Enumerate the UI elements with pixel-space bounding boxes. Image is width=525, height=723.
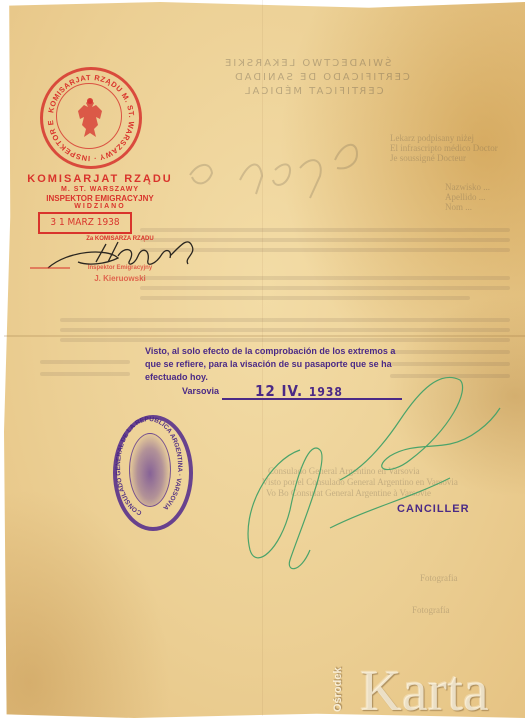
faint-consular-line: Visto por el Consulado General Argentino… <box>262 477 458 487</box>
header-mirrored-line-2: CERTIFICADO DE SANIDAD <box>233 72 410 83</box>
signature-caption-mid: Inspektor Emigracyjny <box>60 265 180 271</box>
watermark-karta: Karta <box>360 662 489 720</box>
visa-date-year: 1938 <box>309 385 343 399</box>
red-date-stamp: 3 1 MARZ 1938 <box>38 212 132 234</box>
canciller-label: CANCILLER <box>397 503 470 515</box>
signature-caption-name: J. Kieruowski <box>60 274 180 283</box>
faint-consular-line: Consulado General Argentino en Varsovia <box>268 466 420 476</box>
watermark-prefix: Ośrodek <box>332 667 344 712</box>
komisarjat-city: M. ST. WARSZAWY <box>0 186 200 193</box>
header-mirrored-line-3: CERTIFICAT MÉDICAL <box>243 86 384 97</box>
komisarjat-widziano: WIDZIANO <box>0 203 200 210</box>
paper-crease-horizontal <box>4 335 525 337</box>
komisarjat-title: KOMISARJAT RZĄDU <box>0 173 200 185</box>
faint-field: Lekarz podpisany niżej <box>390 133 474 143</box>
argentine-coat-of-arms-icon <box>129 433 171 507</box>
faint-field: Je soussigné Docteur <box>390 153 466 163</box>
komisarjat-inspector: INSPEKTOR EMIGRACYJNY <box>0 194 200 203</box>
faint-field: Nom ... <box>445 202 472 212</box>
signature-caption-top: Za KOMISARZA RZĄDU <box>60 236 180 242</box>
komisarjat-round-seal: KOMISARJAT RZĄDU M. ST. WARSZAWY · INSPE… <box>40 67 142 169</box>
argentine-consulate-seal: CONSULADO GENERAL DE LA REPUBLICA ARGENT… <box>113 415 193 531</box>
faint-consular-line: Vo Bo Consulat General Argentine à Varso… <box>266 488 431 498</box>
faint-footer-field: Fotografia <box>420 573 458 583</box>
faint-field: Nazwisko ... <box>445 182 490 192</box>
visa-date-underline <box>222 398 402 400</box>
header-mirrored-line-1: ŚWIADECTWO LEKARSKIE <box>223 58 391 69</box>
faint-field: Apellido ... <box>445 192 486 202</box>
faint-field: El infrascripto médico Doctor <box>390 143 498 153</box>
visa-place-label: Varsovia <box>182 386 219 396</box>
visa-stamp-text: Visto, al solo efecto de la comprobación… <box>145 345 405 384</box>
faint-footer-field: Fotografía <box>412 605 450 615</box>
eagle-icon <box>70 93 110 141</box>
